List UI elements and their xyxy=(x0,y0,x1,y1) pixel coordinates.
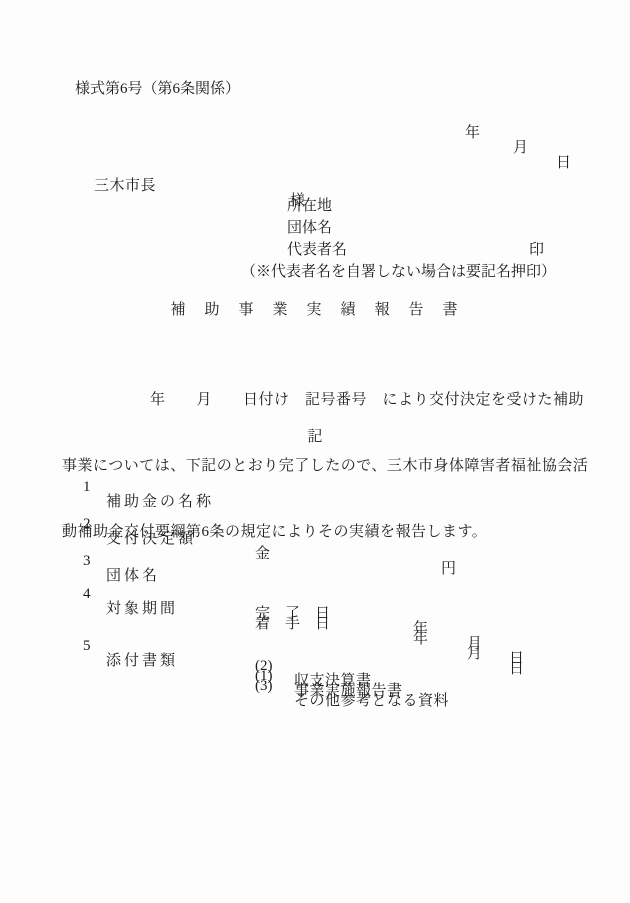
item-2-number: 2 xyxy=(83,517,91,532)
sender-address-label: 所在地 xyxy=(287,199,332,214)
item-5-attachments: 5 添付書類 (1) 事業実施報告書 xyxy=(0,624,630,640)
document-title: 補 助 事 業 実 績 報 告 書 xyxy=(0,303,630,318)
form-number: 様式第6号（第6条関係） xyxy=(75,82,240,97)
item-4-period-start: 4 対象期間 着 手 日 年 月 日 xyxy=(0,572,630,588)
form-document-page: 様式第6号（第6条関係） 年 月 日 三木市長 様 所在地 団体名 代表者名 印… xyxy=(0,0,630,903)
item-2-grant-amount: 2 交付決定額 金 円 xyxy=(0,502,630,518)
body-line-1: 年 月 日付け 記号番号 により交付決定を受けた補助 xyxy=(62,389,582,411)
attachment-3-text: その他参考となる資料 xyxy=(294,694,449,709)
date-month-label: 月 xyxy=(513,141,528,156)
record-mark: 記 xyxy=(0,430,630,445)
end-date-label: 完 了 日 xyxy=(255,607,330,622)
sender-representative-label: 代表者名 xyxy=(287,243,347,258)
addressee-name: 三木市長 xyxy=(94,179,156,194)
date-line: 年 月 日 xyxy=(0,111,630,127)
item-4-period-end: 完 了 日 年 月 日 xyxy=(0,592,630,608)
attachment-3-number: (3) xyxy=(255,679,273,694)
item-3-number: 3 xyxy=(83,554,91,569)
seal-mark: 印 xyxy=(529,243,544,258)
item-1-subsidy-name: 1 補助金の名称 xyxy=(0,465,630,481)
sender-organization-label: 団体名 xyxy=(287,221,332,236)
item-5-attachment-2: (2) 収支決算書 xyxy=(0,644,630,660)
date-year-label: 年 xyxy=(465,126,480,141)
item-3-organization: 3 団体名 xyxy=(0,539,630,555)
addressee-line: 三木市長 様 xyxy=(0,164,630,180)
signature-note: （※代表者名を自署しない場合は要記名押印） xyxy=(241,265,556,280)
item-5-attachment-3: (3) その他参考となる資料 xyxy=(0,664,630,680)
item-1-number: 1 xyxy=(83,480,91,495)
